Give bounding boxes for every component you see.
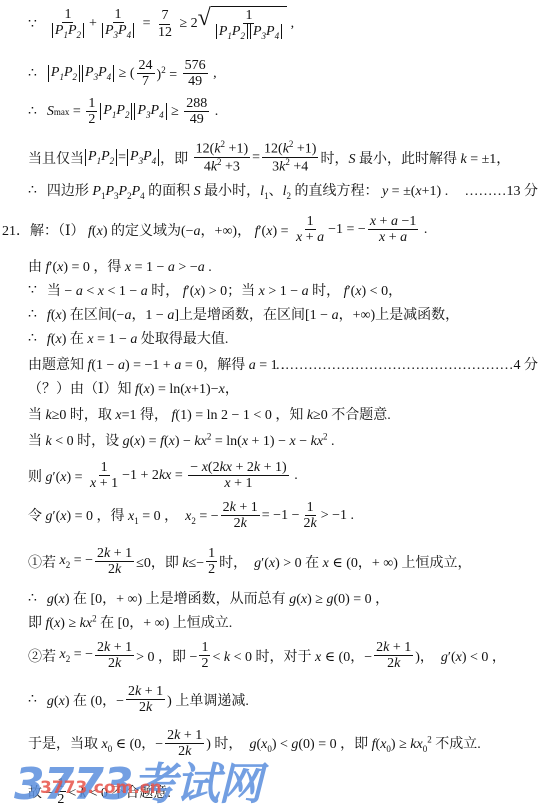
therefore-symbol: ∴ bbox=[28, 691, 37, 708]
score-13: ………13 分 bbox=[465, 180, 539, 200]
because-symbol: ∵ bbox=[28, 282, 37, 299]
line-5: ∴ 四边形 P1P3P2P4 的面积 S 最小时，l1、l2 的直线方程： y … bbox=[28, 180, 544, 201]
case-1-label: ①若 bbox=[28, 552, 56, 572]
therefore-symbol: ∴ bbox=[28, 306, 37, 323]
line-4: 当且仅当P1P2=P3P4，即 12(k2 +1)4k2 +3 = 12(k2 … bbox=[28, 140, 510, 175]
line-11: 由题意知 f(1 − a) = −1 + a = 0，解得 a = 1 . ……… bbox=[28, 354, 544, 374]
line-14: 当 k < 0 时，设 g(x) = f(x) − kx2 = ln(x + 1… bbox=[28, 430, 335, 450]
line-8: ∵ 当 − a < x < 1 − a 时， f′(x) > 0；当 x > 1… bbox=[28, 280, 402, 300]
line-7: 由 f′(x) = 0 ，得 x = 1 − a > −a . bbox=[28, 256, 212, 276]
line-9: ∴ f(x) 在区间(−a，1 − a]上是增函数，在区间[1 − a，+∞)上… bbox=[28, 304, 459, 324]
line-21: ∴ g(x) 在 (0，− 2k + 12k ) 上单调递减. bbox=[28, 684, 249, 716]
line-16: 令 g′(x) = 0 ，得 x1 = 0 ， x2 = − 2k + 12k … bbox=[28, 500, 354, 532]
line-2: ∴ P1P2P3P4 ≥ (247)2 = 57649 , bbox=[28, 58, 217, 90]
watermark-url: 3773.com.cn bbox=[40, 778, 162, 798]
part-2-label: （？）由（Ⅰ）知 bbox=[28, 378, 132, 398]
therefore-symbol: ∴ bbox=[28, 330, 37, 347]
therefore-symbol: ∴ bbox=[28, 103, 37, 120]
line-1: ∵ 1P1P2 + 1P3P4 = 712 ≥ 2 √1P1P2P3P4 , bbox=[28, 6, 294, 42]
line-19: 即 f(x) ≥ kx2 在 [0，+ ∞) 上恒成立. bbox=[28, 612, 232, 632]
line-10: ∴ f(x) 在 x = 1 − a 处取得最大值. bbox=[28, 328, 228, 348]
case-2-label: ②若 bbox=[28, 646, 56, 666]
line-20: ②若 x2 = − 2k + 12k > 0 ，即 − 12 < k < 0 时… bbox=[28, 640, 506, 672]
therefore-symbol: ∴ bbox=[28, 182, 37, 199]
because-symbol: ∵ bbox=[28, 16, 37, 33]
line-13: 当 k≥0 时，取 x=1 得， f(1) = ln 2 − 1 < 0 ，知 … bbox=[28, 404, 391, 424]
line-q21-header: 21．解：（Ⅰ） f(x) 的定义域为(−a，+∞)， f′(x) = 1x +… bbox=[2, 214, 427, 246]
line-18: ∴ g(x) 在 [0，+ ∞) 上是增函数，从而总有 g(x) ≥ g(0) … bbox=[28, 588, 389, 608]
line-3: ∴ Smax = 12 P1P2P3P4 ≥ 28849 . bbox=[28, 96, 218, 128]
question-number: 21．解：（Ⅰ） bbox=[2, 220, 85, 240]
line-17: ①若 x2 = − 2k + 12k ≤0，即 k≤− 12 时， g′(x) … bbox=[28, 546, 471, 578]
therefore-symbol: ∴ bbox=[28, 590, 37, 607]
therefore-symbol: ∴ bbox=[28, 65, 37, 82]
line-15: 则 g′(x) = 1x + 1 −1 + 2kx = − x(2kx + 2k… bbox=[28, 460, 298, 492]
score-4: ……………………………………………4 分 bbox=[276, 354, 539, 374]
line-12: （？）由（Ⅰ）知 f(x) = ln(x+1)−x， bbox=[28, 378, 239, 398]
